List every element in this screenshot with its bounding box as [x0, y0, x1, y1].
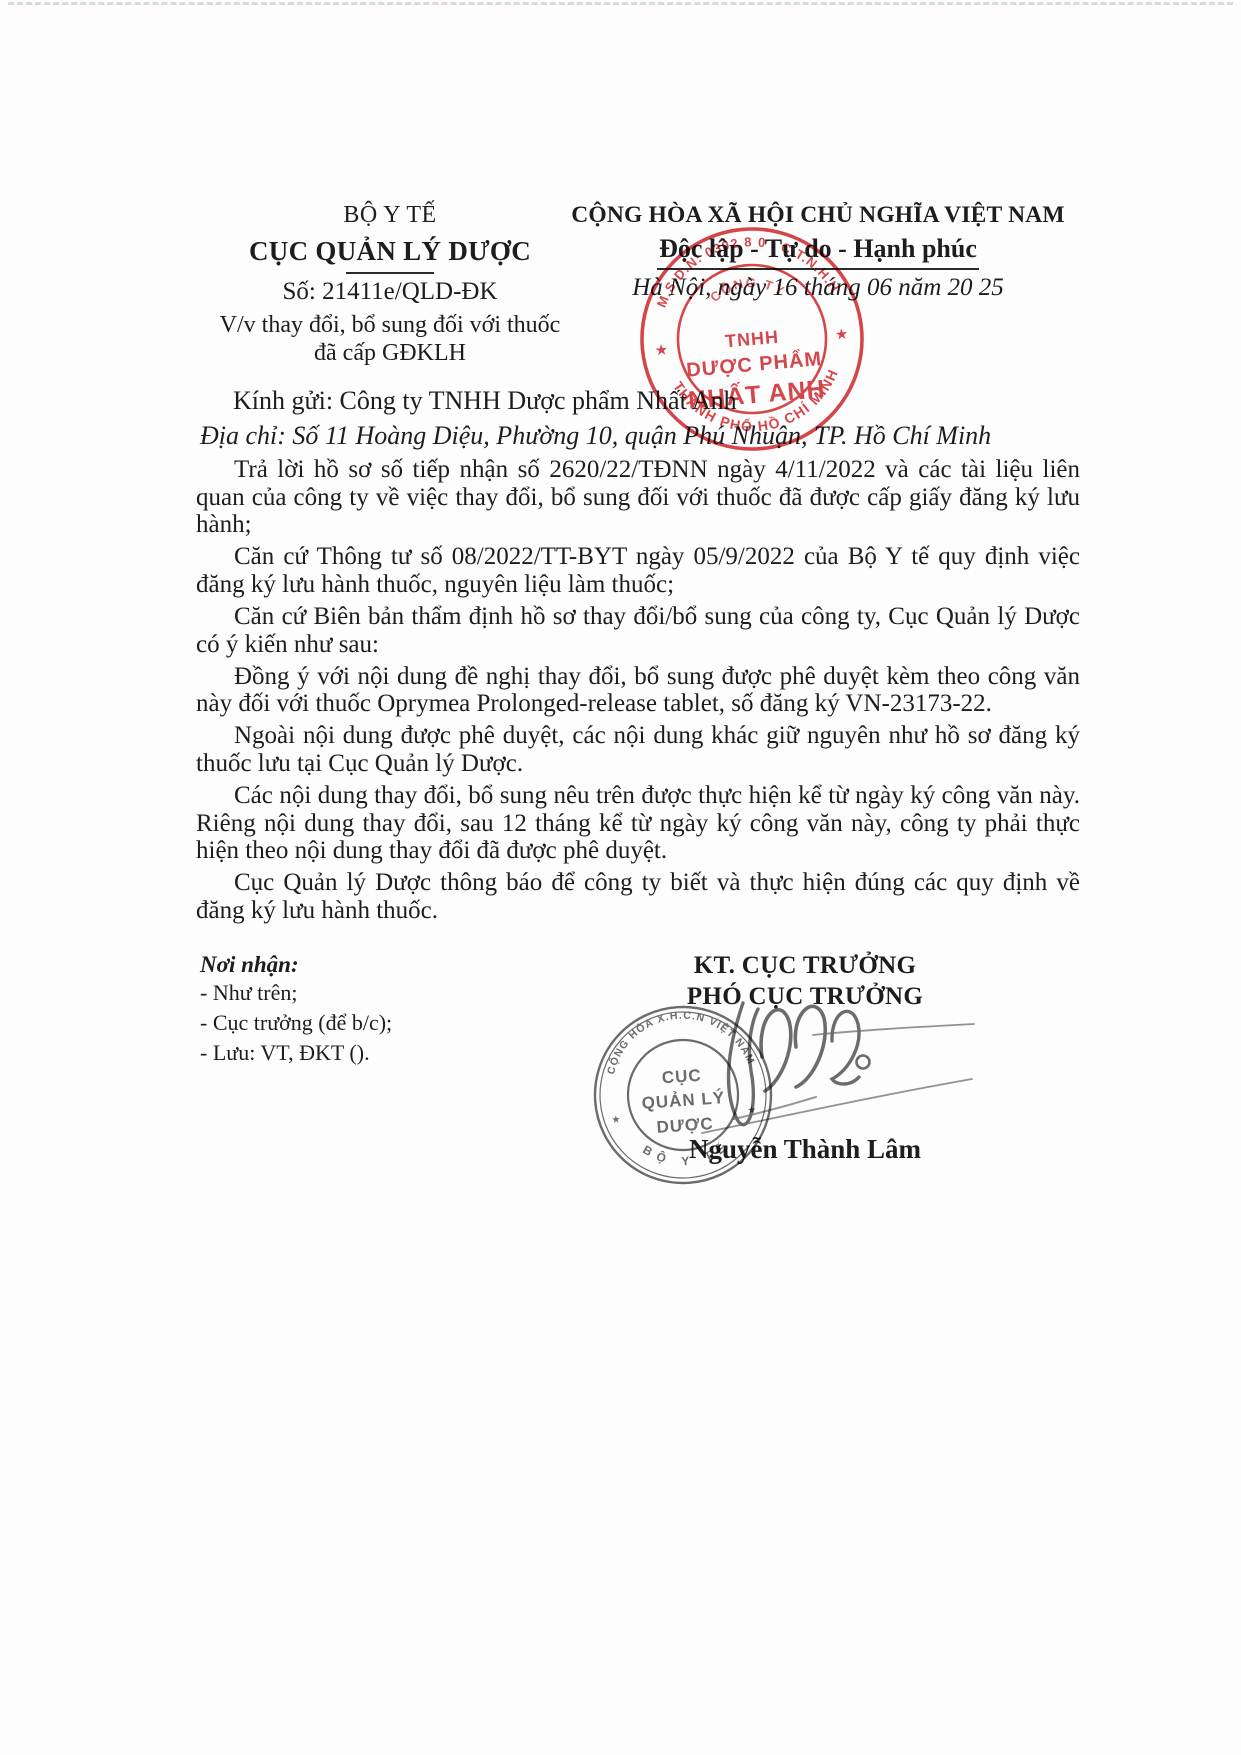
- ministry-name: BỘ Y TẾ: [185, 202, 595, 229]
- paragraph: Các nội dung thay đổi, bổ sung nêu trên …: [196, 782, 1080, 865]
- paragraph: Ngoài nội dung được phê duyệt, các nội d…: [196, 722, 1080, 777]
- subject-line-1: V/v thay đổi, bổ sung đối với thuốc: [185, 311, 595, 339]
- recipients-label: Nơi nhận:: [200, 952, 392, 978]
- page-top-torn-edge: [8, 2, 1233, 5]
- letter-body: Trả lời hồ sơ số tiếp nhận số 2620/22/TĐ…: [196, 456, 1080, 929]
- office-seal-line2: QUẢN LÝ: [641, 1088, 726, 1113]
- paragraph: Đồng ý với nội dung đề nghị thay đổi, bổ…: [196, 663, 1080, 718]
- company-seal-star-left: ★: [654, 341, 669, 359]
- document-subject: V/v thay đổi, bổ sung đối với thuốc đã c…: [185, 311, 595, 367]
- company-seal-line1: TNHH: [724, 327, 780, 352]
- paragraph: Cục Quản lý Dược thông báo để công ty bi…: [196, 869, 1080, 924]
- scanned-official-letter: BỘ Y TẾ CỤC QUẢN LÝ DƯỢC Số: 21411e/QLD-…: [0, 0, 1241, 1755]
- document-number: Số: 21411e/QLD-ĐK: [185, 278, 595, 306]
- recipient-item: - Lưu: VT, ĐKT ().: [200, 1038, 392, 1068]
- company-seal-star-right: ★: [834, 326, 849, 344]
- paragraph: Trả lời hồ sơ số tiếp nhận số 2620/22/TĐ…: [196, 456, 1080, 539]
- company-seal-inner-arc: CÔNG TY: [706, 272, 790, 306]
- office-seal-line3: DƯỢC: [656, 1114, 714, 1137]
- recipient-item: - Cục trưởng (để b/c);: [200, 1008, 392, 1038]
- subject-line-2: đã cấp GĐKLH: [185, 339, 595, 367]
- office-seal-star-right: ★: [747, 1105, 757, 1117]
- department-name: CỤC QUẢN LÝ DƯỢC: [185, 236, 595, 267]
- company-seal-icon: M.S.D.N: 0302 8 0 . C.T.N.H.H THÀNH PHỐ …: [624, 211, 880, 467]
- office-seal-line1: CỤC: [661, 1066, 702, 1088]
- paragraph: Căn cứ Thông tư số 08/2022/TT-BYT ngày 0…: [196, 543, 1080, 598]
- department-underline: [346, 272, 434, 274]
- signer-title-1: KT. CỤC TRƯỞNG: [565, 950, 1045, 981]
- office-seal-star-left: ★: [611, 1114, 621, 1126]
- header-issuing-agency: BỘ Y TẾ CỤC QUẢN LÝ DƯỢC Số: 21411e/QLD-…: [185, 202, 595, 367]
- svg-text:CÔNG TY: CÔNG TY: [706, 272, 790, 306]
- recipient-item: - Như trên;: [200, 978, 392, 1008]
- paragraph: Căn cứ Biên bản thẩm định hồ sơ thay đổi…: [196, 603, 1080, 658]
- recipients-block: Nơi nhận: - Như trên; - Cục trưởng (để b…: [200, 952, 392, 1068]
- office-seal-icon: CỘNG HÒA X.H.C.N VIỆT NAM BỘ Y TẾ ★ ★ CỤ…: [582, 994, 785, 1197]
